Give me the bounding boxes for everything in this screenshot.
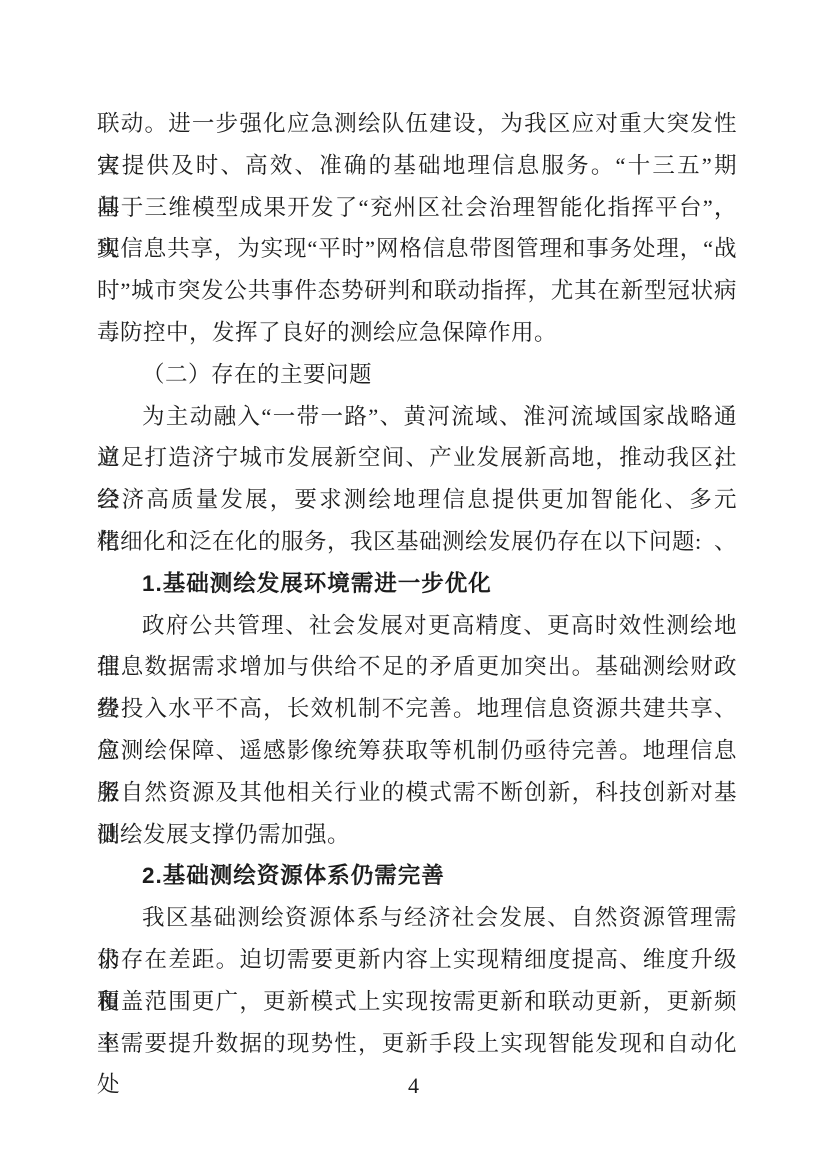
paragraph: 我区基础测绘资源体系与经济社会发展、自然资源管理需求仍存在差距。迫切需要更新内容… [97,897,737,1064]
text-line: 信息数据需求增加与供给不足的矛盾更加突出。基础测绘财政经 [97,646,737,688]
section-heading: （二）存在的主要问题 [97,354,737,396]
text-line: 务自然资源及其他相关行业的模式需不断创新，科技创新对基础 [97,772,737,814]
text-content: 联动。进一步强化应急测绘队伍建设，为我区应对重大突发性灾害提供及时、高效、准确的… [97,103,737,1064]
text-line: 为主动融入“一带一路”、黄河流域、淮河流域国家战略通道， [97,396,737,438]
paragraph: 为主动融入“一带一路”、黄河流域、淮河流域国家战略通道，立足打造济宁城市发展新空… [97,396,737,563]
text-line: 害提供及时、高效、准确的基础地理信息服务。“十三五”期间， [97,145,737,187]
text-line: 立足打造济宁城市发展新空间、产业发展新高地，推动我区社会 [97,437,737,479]
text-line: （二）存在的主要问题 [97,354,737,396]
section-heading: 1.基础测绘发展环境需进一步优化 [97,563,737,605]
text-line: 时”城市突发公共事件态势研判和联动指挥，尤其在新型冠状病 [97,270,737,312]
text-line: 精细化和泛在化的服务，我区基础测绘发展仍存在以下问题: [97,521,737,563]
text-line: 我区基础测绘资源体系与经济社会发展、自然资源管理需求 [97,897,737,939]
text-line: 仍存在差距。迫切需要更新内容上实现精细度提高、维度升级和 [97,939,737,981]
text-line: 联动。进一步强化应急测绘队伍建设，为我区应对重大突发性灾 [97,103,737,145]
text-line: 费投入水平不高，长效机制不完善。地理信息资源共建共享、应 [97,688,737,730]
paragraph: 联动。进一步强化应急测绘队伍建设，为我区应对重大突发性灾害提供及时、高效、准确的… [97,103,737,354]
text-line: 急测绘保障、遥感影像统筹获取等机制仍亟待完善。地理信息服 [97,730,737,772]
paragraph: 政府公共管理、社会发展对更高精度、更高时效性测绘地理信息数据需求增加与供给不足的… [97,605,737,856]
text-line: 毒防控中，发挥了良好的测绘应急保障作用。 [97,312,737,354]
text-line: 政府公共管理、社会发展对更高精度、更高时效性测绘地理 [97,605,737,647]
text-line: 上需要提升数据的现势性，更新手段上实现智能发现和自动化处 [97,1023,737,1065]
document-page: 联动。进一步强化应急测绘队伍建设，为我区应对重大突发性灾害提供及时、高效、准确的… [0,0,827,1169]
text-line: 测绘发展支撑仍需加强。 [97,814,737,856]
text-line: 覆盖范围更广，更新模式上实现按需更新和联动更新，更新频率 [97,981,737,1023]
text-line: 经济高质量发展，要求测绘地理信息提供更加智能化、多元化、 [97,479,737,521]
text-line: 基于三维模型成果开发了“兖州区社会治理智能化指挥平台”，实 [97,187,737,229]
text-line: 2.基础测绘资源体系仍需完善 [97,855,737,897]
text-line: 1.基础测绘发展环境需进一步优化 [97,563,737,605]
page-number: 4 [0,1066,827,1106]
text-line: 现信息共享，为实现“平时”网格信息带图管理和事务处理，“战 [97,228,737,270]
section-heading: 2.基础测绘资源体系仍需完善 [97,855,737,897]
